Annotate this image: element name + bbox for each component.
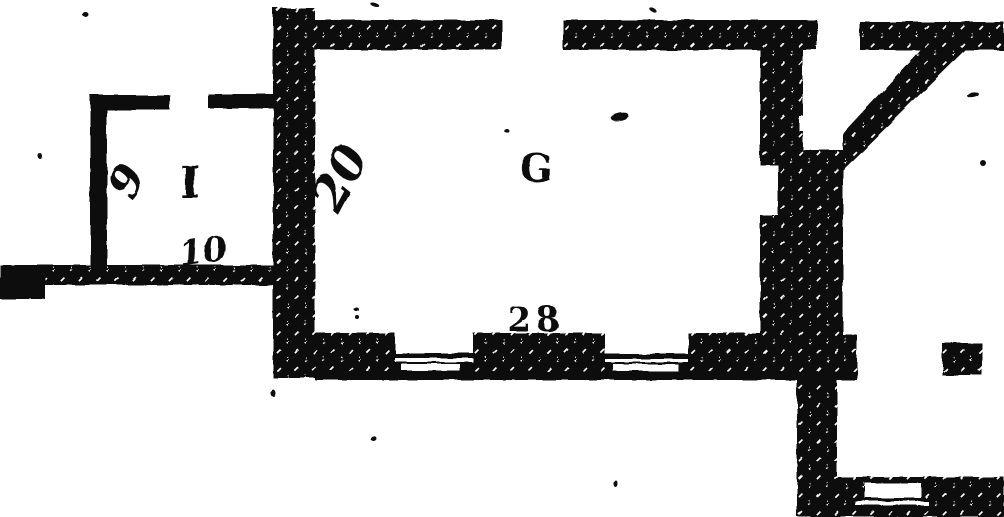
bottom-right-window-line: [855, 501, 928, 505]
diagonal-junction-notch: [799, 116, 832, 131]
ink-speck: [355, 315, 359, 319]
ink-speck: [82, 12, 88, 17]
paper-cutouts: [402, 116, 928, 505]
detached-pillar: [942, 343, 982, 375]
room-i-left-wall: [90, 95, 107, 285]
window-2-glazing: [613, 364, 678, 371]
plan-labels: 9 I 10 20 G 28: [97, 135, 564, 340]
ink-speck: [610, 112, 629, 123]
ink-speck: [38, 153, 42, 159]
room-g-top-wall-left: [300, 20, 502, 50]
window-1-glazing: [402, 364, 460, 371]
room-i-bottom-end-block: [0, 265, 45, 299]
ink-speck: [649, 6, 658, 13]
ink-speck: [354, 307, 359, 311]
ink-speck: [980, 160, 986, 166]
room-g-bottom-pier-1: [315, 333, 395, 374]
ink-speck: [614, 481, 618, 488]
window-1-sill-line: [395, 353, 473, 358]
dimension-label-10: 10: [177, 229, 230, 275]
room-i-top-wall-left: [90, 95, 170, 110]
room-g-bottom-pier-3: [688, 333, 760, 374]
bottom-right-wall-mass: [760, 335, 857, 375]
diagonal-wall: [843, 50, 965, 170]
room-label-i: I: [180, 158, 201, 209]
room-i-top-wall-right: [208, 94, 278, 108]
ink-speck: [370, 1, 381, 8]
bottom-right-window: [865, 483, 921, 498]
plan-ink-layer: 9 I 10 20 G 28: [0, 1, 1004, 517]
bottom-wall-outer-line: [315, 371, 857, 380]
ink-speck: [967, 92, 980, 99]
scanned-floor-plan-page: 9 I 10 20 G 28: [0, 0, 1004, 517]
lower-right-vertical-wall: [797, 373, 837, 517]
ink-speck: [271, 390, 276, 397]
window-2-sill-line: [605, 354, 688, 359]
top-right-wall: [860, 22, 1004, 50]
room-g-walls: [273, 8, 1004, 517]
ink-speck: [370, 436, 376, 441]
ink-speck: [505, 129, 510, 133]
floor-plan-drawing: 9 I 10 20 G 28: [0, 0, 1004, 517]
right-wall-niche: [760, 165, 778, 215]
dimension-label-28: 28: [507, 300, 564, 340]
room-g-right-wall-upper: [760, 22, 803, 162]
room-label-g: G: [520, 146, 552, 191]
